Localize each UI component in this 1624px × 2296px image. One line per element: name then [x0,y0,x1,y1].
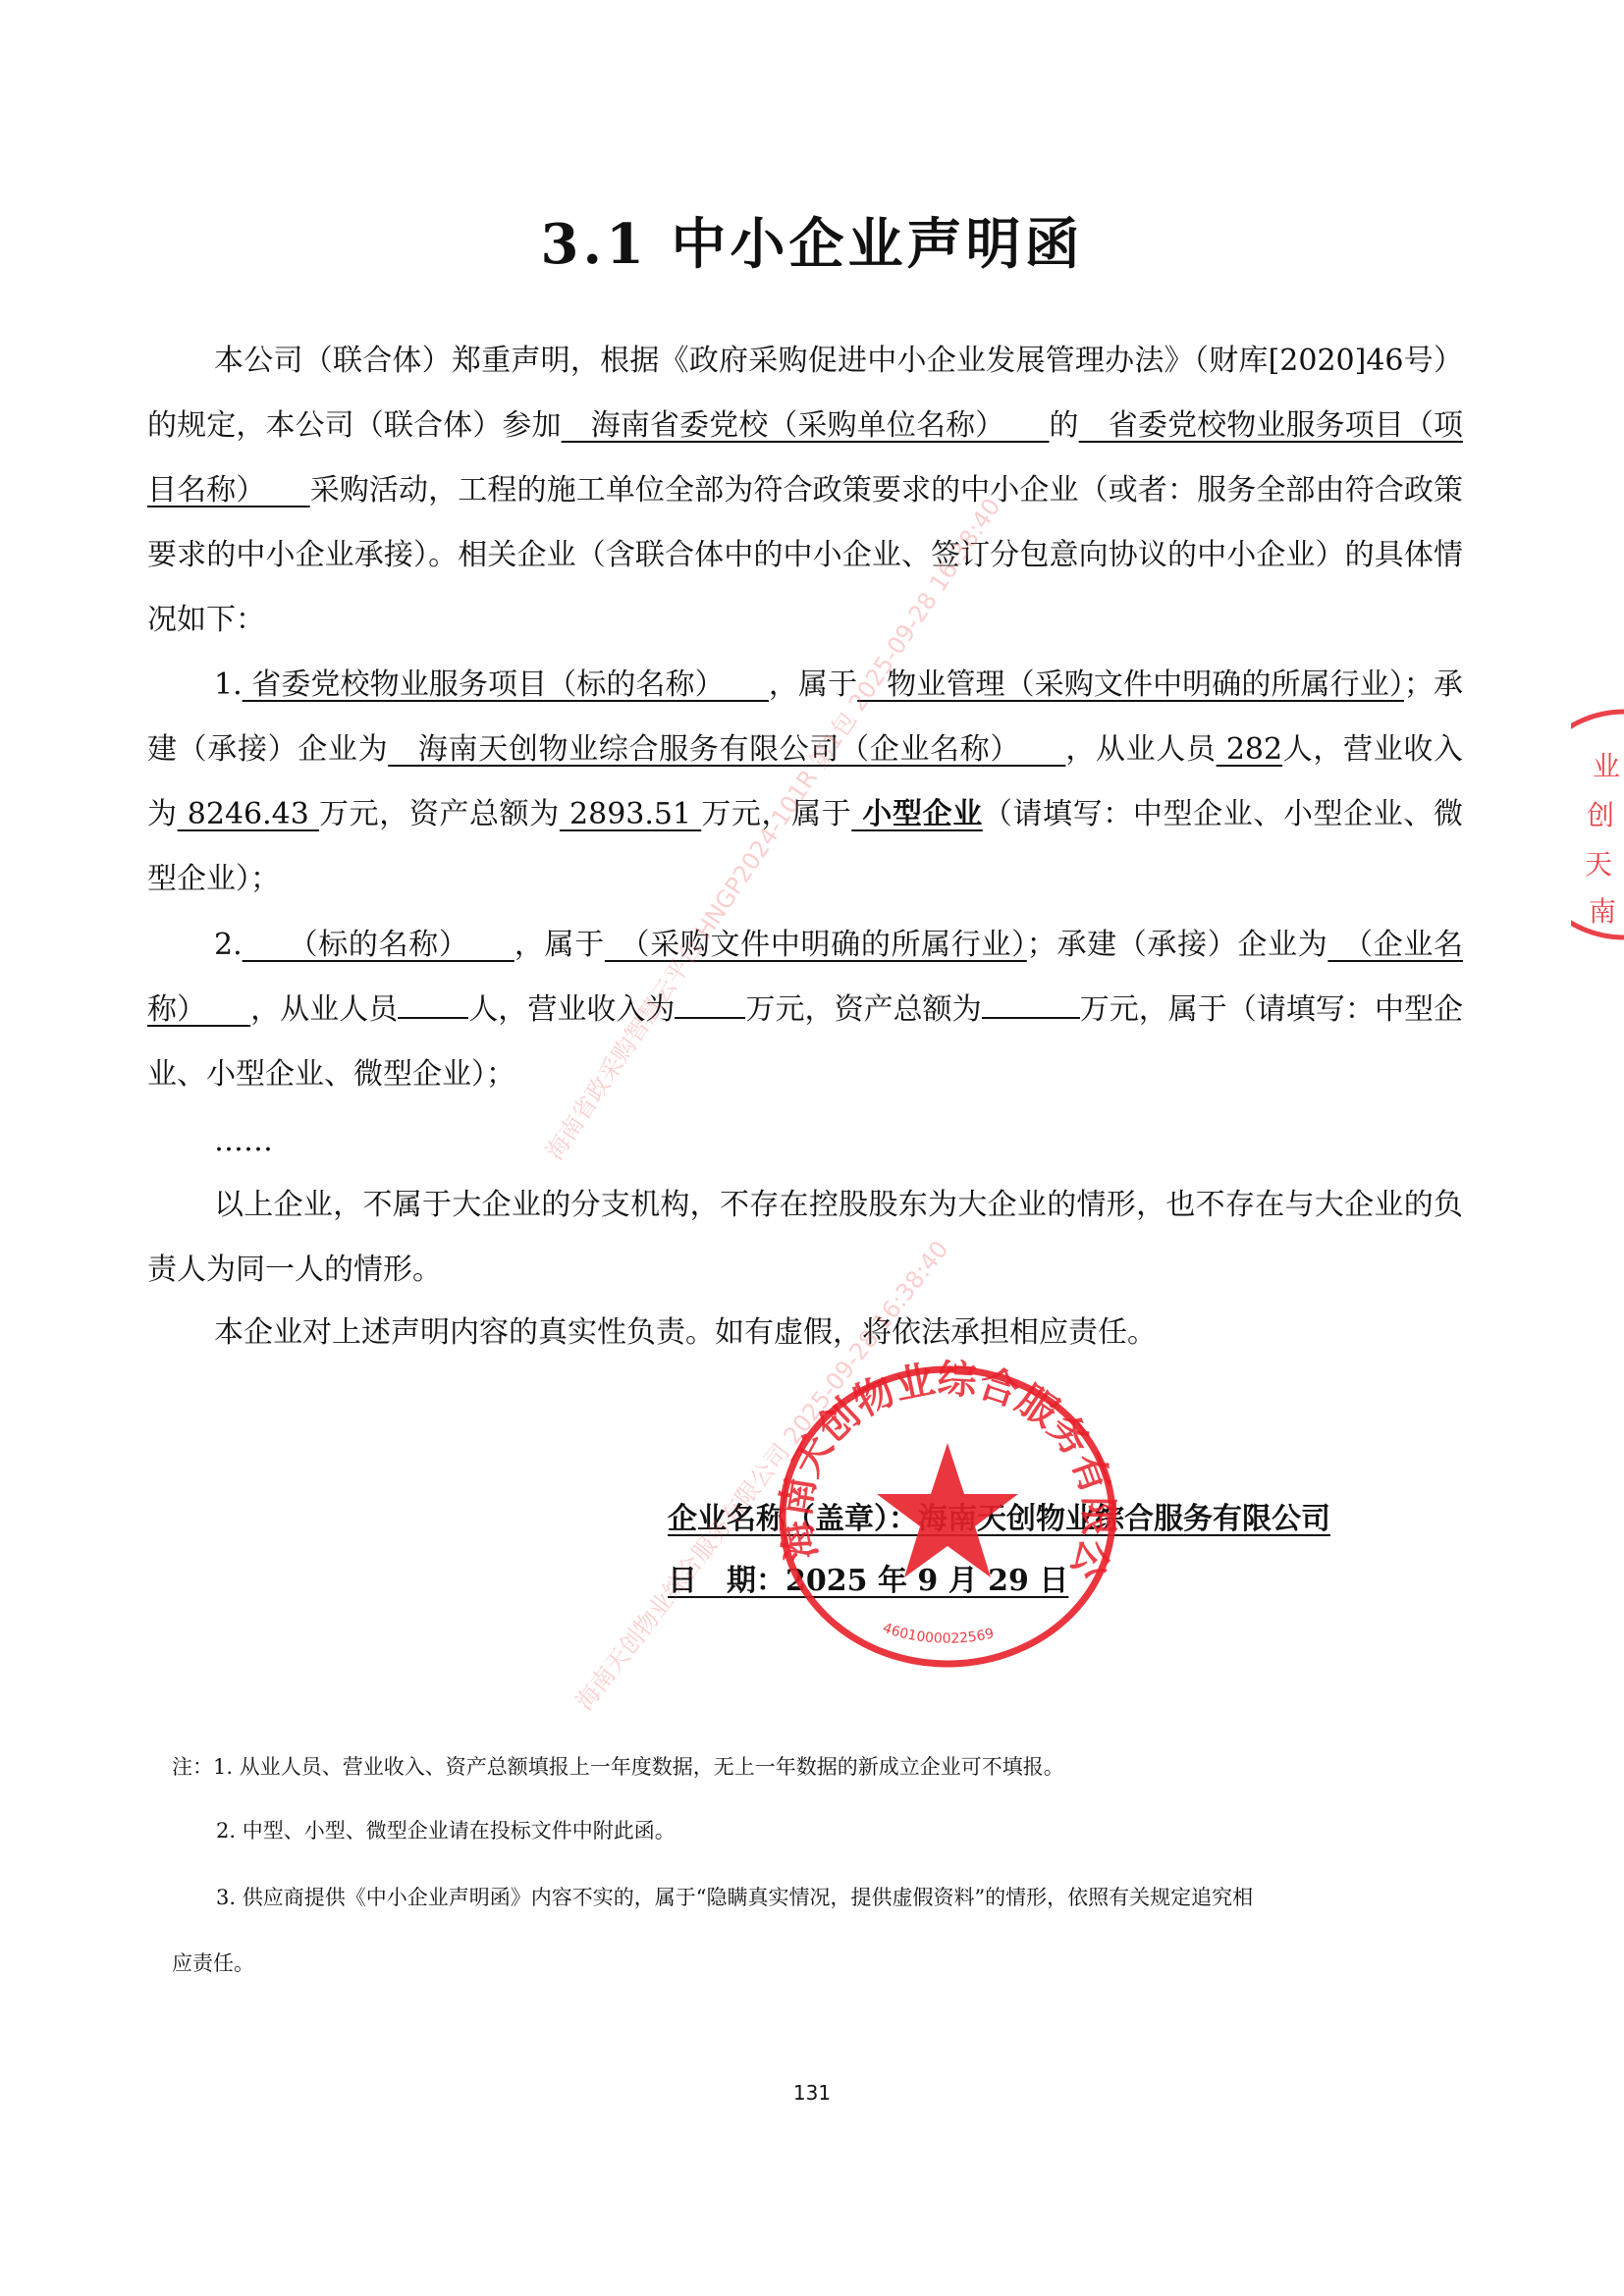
assets-blank [982,988,1080,1019]
enterprise-type: 小型企业 [851,797,983,831]
note-2: 2. 中型、小型、微型企业请在投标文件中附此函。 [216,1816,1522,1845]
svg-text:天: 天 [1585,848,1612,881]
svg-text:4601000022569: 4601000022569 [881,1621,996,1647]
page-number: 131 [0,2081,1624,2105]
purchaser-name: 海南省委党校（采购单位名称） [562,408,1050,443]
statement-truth: 本企业对上述声明内容的真实性负责。如有虚假，将依法承担相应责任。 [147,1301,1463,1365]
revenue-value: 8246.43 [178,797,319,831]
page-title: 3.1 中小企业声明函 [0,201,1624,280]
svg-text:南: 南 [1589,895,1616,928]
note-1: 注：1. 从业人员、营业收入、资产总额填报上一年度数据，无上一年数据的新成立企业… [172,1752,1478,1782]
text: 万元，属于 [1080,992,1227,1027]
subject-name: （标的名称） [243,928,514,962]
document-page: 3.1 中小企业声明函 本公司（联合体）郑重声明，根据《政府采购促进中小企业发展… [0,0,1624,2296]
text: ；承建（承接）企业为 [1027,928,1328,962]
company-seal-icon: 海南天创物业综合服务有限公司 4601000022569 [771,1360,1124,1674]
item-number: 1. [214,667,243,702]
company-name: 海南天创物业综合服务有限公司（企业名称） [388,732,1065,767]
assets-value: 2893.51 [560,797,701,831]
industry: 物业管理（采购文件中明确的所属行业） [857,667,1404,702]
employee-count: 282 [1217,732,1282,767]
note-3: 3. 供应商提供《中小企业声明函》内容不实的，属于“隐瞒真实情况，提供虚假资料”… [216,1883,1522,1912]
ellipsis: …… [147,1109,1463,1174]
revenue-blank [675,988,745,1019]
employee-blank [398,988,468,1019]
svg-text:创: 创 [1587,799,1614,831]
subject-name: 省委党校物业服务项目（标的名称） [243,667,769,702]
edge-seal-icon: 业 创 天 南 [1571,707,1624,942]
text: 万元，资产总额为 [319,797,560,831]
svg-text:业: 业 [1593,750,1620,782]
note-3-continued: 应责任。 [172,1949,1478,1978]
statement-branch: 以上企业，不属于大企业的分支机构，不存在控股股东为大企业的情形，也不存在与大企业… [147,1173,1463,1303]
text: ，从业人员 [250,992,398,1027]
text: ，属于 [514,928,605,962]
intro-paragraph: 本公司（联合体）郑重声明，根据《政府采购促进中小企业发展管理办法》（财库[202… [147,329,1463,653]
text: ，从业人员 [1065,732,1216,767]
intro-connector: 的 [1050,408,1079,443]
item-2-paragraph: 2. （标的名称） ，属于 （采购文件中明确的所属行业）；承建（承接）企业为 （… [147,913,1463,1107]
text: 万元，资产总额为 [745,992,981,1027]
intro-tail: 采购活动，工程的施工单位全部为符合政策要求的中小企业（或者：服务全部由符合政策要… [147,473,1463,637]
item-number: 2. [214,928,243,962]
